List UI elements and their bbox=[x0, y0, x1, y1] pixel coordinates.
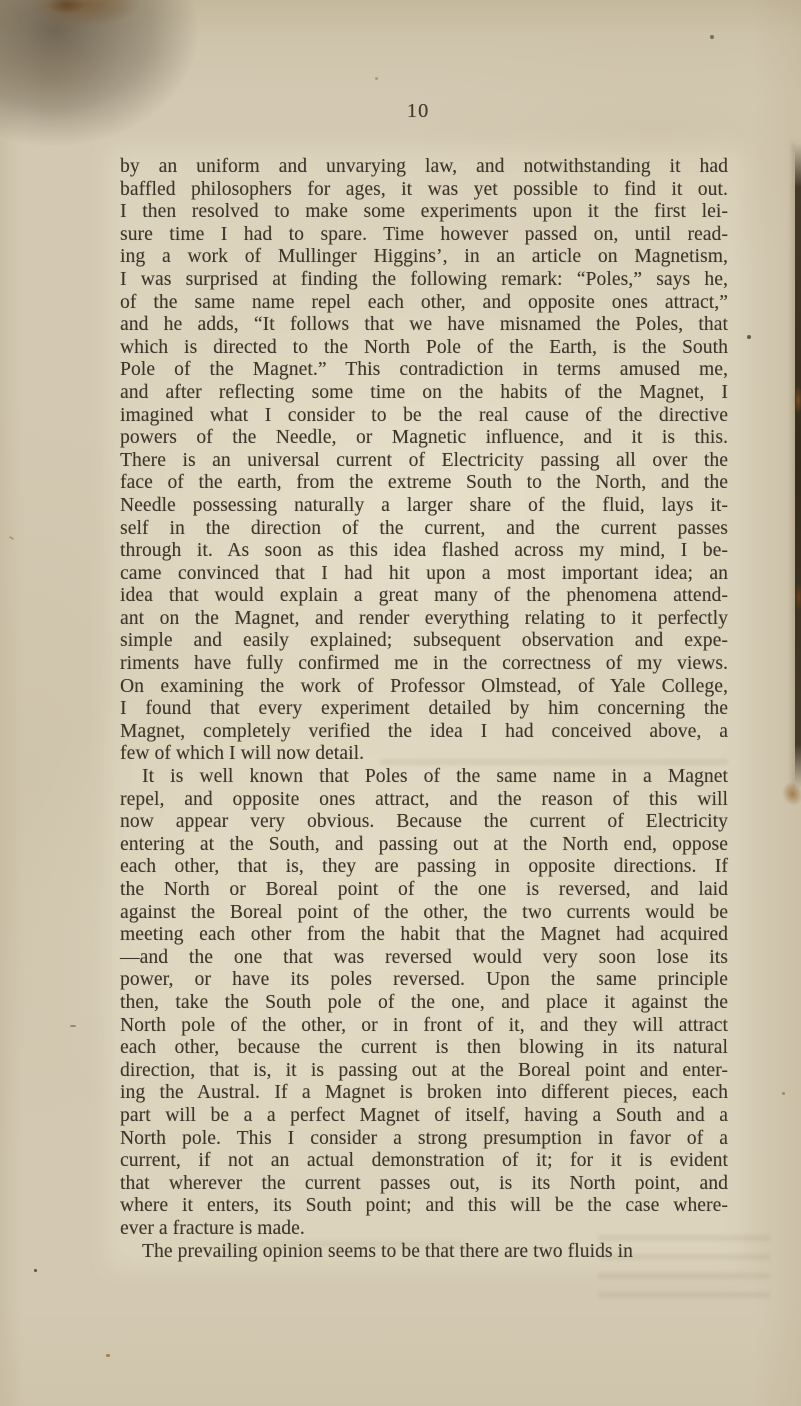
paragraph: The prevailing opinion seems to be that … bbox=[120, 1241, 728, 1264]
paper-speck bbox=[710, 35, 714, 39]
text-line: that wherever the current passes out, is… bbox=[120, 1173, 728, 1196]
text-line: —and the one that was reversed would ver… bbox=[120, 947, 728, 970]
text-line: ever a fracture is made. bbox=[120, 1218, 728, 1241]
text-line: North pole. This I consider a strong pre… bbox=[120, 1128, 728, 1151]
text-line: which is directed to the North Pole of t… bbox=[120, 337, 728, 360]
text-line: idea that would explain a great many of … bbox=[120, 585, 728, 608]
text-line: came convinced that I had hit upon a mos… bbox=[120, 563, 728, 586]
text-line: There is an universal current of Electri… bbox=[120, 450, 728, 473]
text-line: now appear very obvious. Because the cur… bbox=[120, 811, 728, 834]
text-line: few of which I will now detail. bbox=[120, 743, 728, 766]
paper-speck bbox=[375, 77, 378, 80]
text-line: I found that every experiment detailed b… bbox=[120, 698, 728, 721]
text-line: ing a work of Mullinger Higgins’, in an … bbox=[120, 246, 728, 269]
text-line: by an uniform and unvarying law, and not… bbox=[120, 156, 728, 179]
text-line: North pole of the other, or in front of … bbox=[120, 1015, 728, 1038]
text-line: I was surprised at finding the following… bbox=[120, 269, 728, 292]
text-line: ant on the Magnet, and render everything… bbox=[120, 608, 728, 631]
text-line: against the Boreal point of the other, t… bbox=[120, 902, 728, 925]
text-line: each other, because the current is then … bbox=[120, 1037, 728, 1060]
text-line: It is well known that Poles of the same … bbox=[120, 766, 728, 789]
text-line: Magnet, completely verified the idea I h… bbox=[120, 721, 728, 744]
paper-speck bbox=[782, 1092, 785, 1095]
text-line: each other, that is, they are passing in… bbox=[120, 856, 728, 879]
text-line: powers of the Needle, or Magnetic influe… bbox=[120, 427, 728, 450]
text-line: current, if not an actual demonstration … bbox=[120, 1150, 728, 1173]
book-page-scan: 10 by an uniform and unvarying law, and … bbox=[0, 0, 801, 1406]
text-line: repel, and opposite ones attract, and th… bbox=[120, 789, 728, 812]
text-line: and he adds, “It follows that we have mi… bbox=[120, 314, 728, 337]
text-line: and after reflecting some time on the ha… bbox=[120, 382, 728, 405]
paragraph: by an uniform and unvarying law, and not… bbox=[120, 156, 728, 766]
text-line: meeting each other from the habit that t… bbox=[120, 924, 728, 947]
text-line: power, or have its poles reversed. Upon … bbox=[120, 969, 728, 992]
text-line: baffled philosophers for ages, it was ye… bbox=[120, 179, 728, 202]
edge-stain bbox=[788, 384, 801, 416]
page-number: 10 bbox=[118, 100, 718, 122]
paragraph: It is well known that Poles of the same … bbox=[120, 766, 728, 1240]
ink-stain bbox=[18, 0, 168, 44]
text-line: ing the Austral. If a Magnet is broken i… bbox=[120, 1082, 728, 1105]
page-edge-shadow bbox=[795, 142, 801, 790]
text-line: of the same name repel each other, and o… bbox=[120, 292, 728, 315]
text-line: face of the earth, from the extreme Sout… bbox=[120, 472, 728, 495]
text-line: Pole of the Magnet.” This contradiction … bbox=[120, 359, 728, 382]
edge-stain bbox=[789, 581, 801, 613]
text-line: sure time I had to spare. Time however p… bbox=[120, 224, 728, 247]
text-line: I then resolved to make some experiments… bbox=[120, 201, 728, 224]
text-line: simple and easily explained; subsequent … bbox=[120, 630, 728, 653]
text-line: the North or Boreal point of the one is … bbox=[120, 879, 728, 902]
text-line: entering at the South, and passing out a… bbox=[120, 834, 728, 857]
text-line: then, take the South pole of the one, an… bbox=[120, 992, 728, 1015]
paper-speck bbox=[34, 1269, 37, 1272]
paper-speck bbox=[70, 1025, 76, 1027]
text-line: through it. As soon as this idea flashed… bbox=[120, 540, 728, 563]
paper-speck bbox=[106, 1354, 110, 1357]
text-line: self in the direction of the current, an… bbox=[120, 518, 728, 541]
page-text: by an uniform and unvarying law, and not… bbox=[120, 156, 728, 1263]
text-line: On examining the work of Professor Olmst… bbox=[120, 676, 728, 699]
text-line: Needle possessing naturally a larger sha… bbox=[120, 495, 728, 518]
text-line: where it enters, its South point; and th… bbox=[120, 1195, 728, 1218]
paper-speck bbox=[747, 335, 751, 339]
text-line: direction, that is, it is passing out at… bbox=[120, 1060, 728, 1083]
text-line: The prevailing opinion seems to be that … bbox=[120, 1241, 728, 1264]
text-line: imagined what I consider to be the real … bbox=[120, 405, 728, 428]
text-line: part will be a a perfect Magnet of itsel… bbox=[120, 1105, 728, 1128]
text-line: riments have fully confirmed me in the c… bbox=[120, 653, 728, 676]
